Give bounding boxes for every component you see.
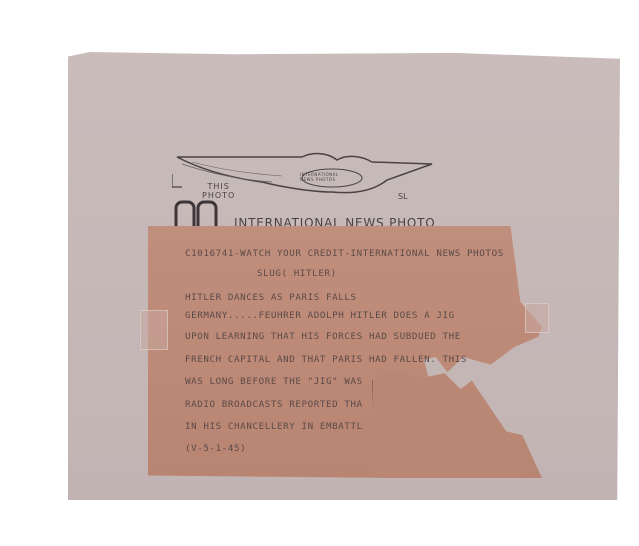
caption-line: SLUG( HITLER) <box>257 268 337 279</box>
caption-line: GERMANY.....FEUHRER ADOLPH HITLER DOES A… <box>185 310 455 321</box>
caption-line: (V-5-1-45) <box>185 443 246 454</box>
tape-right <box>525 303 549 333</box>
caption-line: HITLER DANCES AS PARIS FALLS <box>185 292 357 303</box>
caption-line: C1016741-WATCH YOUR CREDIT-INTERNATIONAL… <box>185 248 504 259</box>
caption-line: RADIO BROADCASTS REPORTED THA <box>185 399 363 410</box>
caption-line: WAS LONG BEFORE THE "JIG" WAS <box>185 376 363 387</box>
caption-line: IN HIS CHANCELLERY IN EMBATTL <box>185 421 363 432</box>
emblem-text: INTERNATIONALNEWS PHOTOS <box>300 172 339 182</box>
sl-label: SL <box>398 192 408 201</box>
this-photo-label: THISPHOTO <box>202 182 235 200</box>
caption-line: UPON LEARNING THAT HIS FORCES HAD SUBDUE… <box>185 331 461 342</box>
caption-line: FRENCH CAPITAL AND THAT PARIS HAD FALLEN… <box>185 354 467 365</box>
tape-left <box>140 310 168 350</box>
